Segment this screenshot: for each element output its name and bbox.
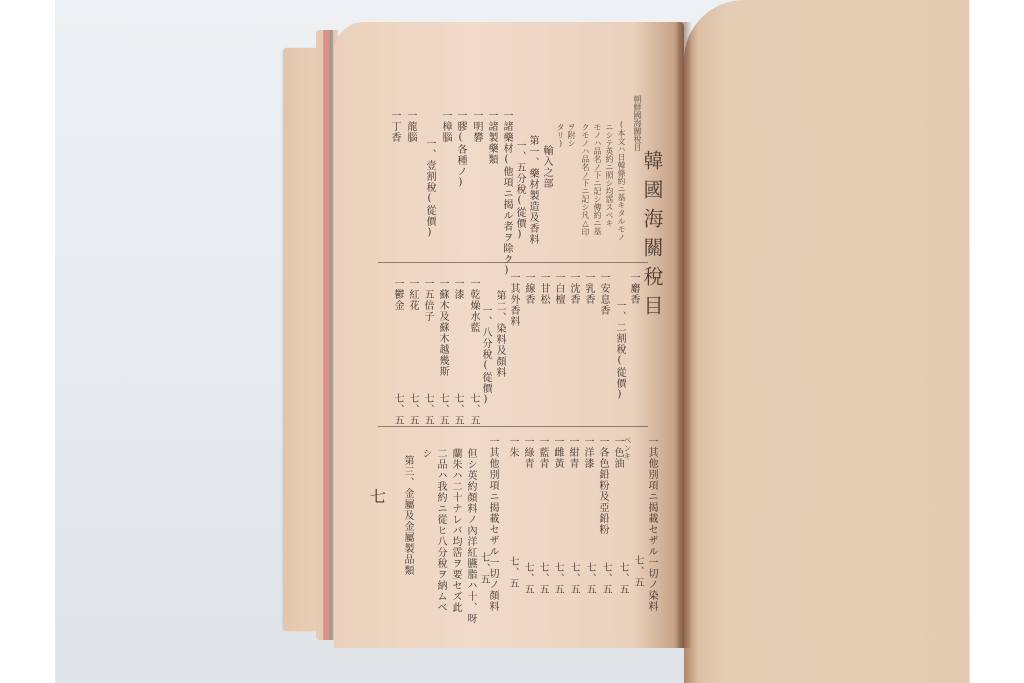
intro-line-2: ニシテ英約ニ照シ均霑スベキ <box>604 123 615 227</box>
right-page-blank <box>684 0 969 683</box>
item-2b-4: 一五倍子 <box>422 278 433 322</box>
item-2-1: 一麝香 <box>628 272 639 305</box>
rate-value: 七、五 <box>407 393 418 426</box>
item-3-9: 一朱 <box>507 436 518 458</box>
item-3-2: 一色油 <box>612 436 623 469</box>
item-3-10: 一其他別項ニ揭載セザル一切ノ顏料 <box>487 436 498 612</box>
item-2-8: 一其外香料 <box>508 272 519 327</box>
import-heading: 輸入之部 <box>541 145 552 189</box>
item-2-3: 一乳香 <box>583 272 594 305</box>
item-3-7: 一藍青 <box>537 436 548 469</box>
item-2-7: 一線香 <box>523 272 534 305</box>
intro-line-3: モノハ品名ノ下ニ記シ傳約ニ基 <box>592 123 603 235</box>
rate-value: 七、五 <box>600 562 611 595</box>
section-divider-2 <box>378 426 648 427</box>
intro-line-6: タリ) <box>555 123 566 148</box>
section-divider-1 <box>378 262 648 263</box>
item-3-8: 一綠青 <box>522 436 533 469</box>
item-3-4: 一洋漆 <box>582 436 593 469</box>
item-1b-1: 一龍腦 <box>405 110 416 143</box>
note-line-4: シ <box>420 448 431 459</box>
item-2b-5: 一紅花 <box>407 278 418 311</box>
book-gutter <box>676 22 692 648</box>
rate-value: 七、五 <box>437 393 448 426</box>
item-2b-1: 一乾燥水藍 <box>468 278 479 333</box>
item-1-3: 一明礬 <box>471 110 482 143</box>
rate-1-label: 一、五分稅(從價) <box>514 140 525 241</box>
note-line-2: 蘭朱ハ二十ナレバ均霑ヲ要セズ此 <box>450 448 461 613</box>
rate-value: 七、五 <box>537 562 548 595</box>
item-2b-2: 一漆 <box>452 278 463 300</box>
rate-value: 七、五 <box>507 556 518 589</box>
rate-value: 七、五 <box>392 393 403 426</box>
item-1-1: 一諸藥材(他項ニ揭ル者ヲ除ク) <box>501 110 512 277</box>
rate-2b-label: 一、八分稅(從價) <box>480 305 491 406</box>
rate-value: 七、五 <box>422 393 433 426</box>
item-2-4: 一沈香 <box>568 272 579 305</box>
rate-value: 七、五 <box>617 562 628 595</box>
rate-value: 七、五 <box>468 393 479 426</box>
item-1-5: 一樟腦 <box>440 110 451 143</box>
source-note: 朝鮮國海關稅目 <box>632 95 643 151</box>
rate-1b-label: 一、壹割稅(從價) <box>424 138 435 239</box>
item-3-1: 一其他別項ニ揭載セザル一切ノ染料 <box>646 436 657 612</box>
category-1-heading: 第一、藥材製造及香料 <box>527 135 538 245</box>
page-title: 韓國海關稅目 <box>646 150 657 324</box>
item-2-2: 一安息香 <box>598 272 609 316</box>
item-2-6: 一甘松 <box>538 272 549 305</box>
ruby-annotation: ペンキ <box>622 436 633 460</box>
page-number: 七 <box>370 484 386 507</box>
category-3-heading: 第三、金屬及金屬製品類 <box>402 455 413 576</box>
item-3-5: 一紺青 <box>567 436 578 469</box>
item-1-4: 一膠(各種ノ) <box>455 110 466 189</box>
item-3-6: 一雌黃 <box>552 436 563 469</box>
item-2b-6: 一鬱金 <box>392 278 403 311</box>
item-1b-2: 一丁香 <box>389 110 400 143</box>
intro-line-4: クモノハ品名ノ下ニ記シ凡△印 <box>580 123 591 236</box>
rate-value: 七、五 <box>522 562 533 595</box>
item-2-5: 一白檀 <box>553 272 564 305</box>
rate-value: 七、五 <box>478 552 489 585</box>
rate-value: 七、五 <box>568 562 579 595</box>
category-2-heading: 第二、染料及顏料 <box>494 290 505 378</box>
item-1-2: 一諸製藥類 <box>486 110 497 165</box>
intro-line-1: (本文ハ日韓條約ニ基キタルモノ <box>616 120 627 241</box>
rate-2-label: 一、二割稅(從價) <box>614 300 625 401</box>
item-2b-3: 一蘇木及蘇木越幾斯 <box>437 278 448 377</box>
note-line-1: 但シ英約顏料ノ內洋紅臙脂ハ十、呀 <box>465 448 476 624</box>
rate-value: 七、五 <box>552 562 563 595</box>
item-3-3: 一各色鉛粉及亞鉛粉 <box>597 436 608 535</box>
rate-value: 七、五 <box>632 555 643 588</box>
rate-value: 七、五 <box>452 393 463 426</box>
rate-value: 七、五 <box>584 562 595 595</box>
note-line-3: 二品ハ我約ニ從ヒ八分稅ヲ納ムベ <box>435 448 446 613</box>
intro-line-5: ヲ附シ <box>566 123 577 147</box>
